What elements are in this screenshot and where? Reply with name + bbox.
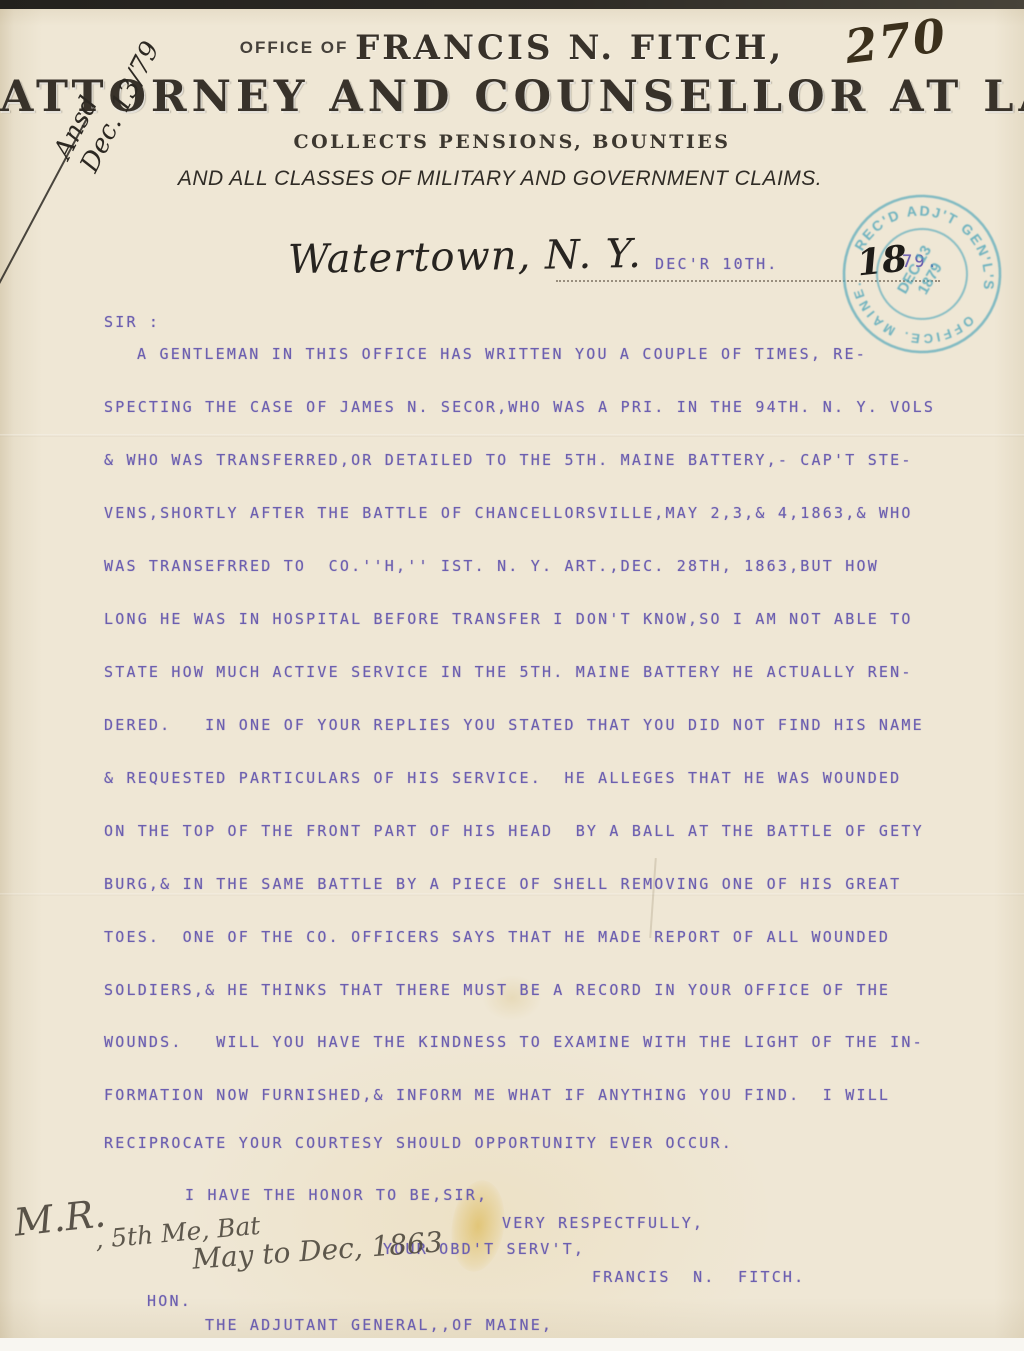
closing-honor-line: I HAVE THE HONOR TO BE,SIR, [185, 1186, 488, 1204]
letterhead-office-of: OFFICE OF [240, 38, 355, 57]
signature-typed: FRANCIS N. FITCH. [592, 1268, 805, 1286]
letterhead-name: FRANCIS N. FITCH, [355, 28, 784, 68]
body-line: FORMATION NOW FURNISHED,& INFORM ME WHAT… [104, 1086, 890, 1104]
salutation: SIR : [104, 313, 160, 331]
body-line: WAS TRANSEFRRED TO CO.''H,'' IST. N. Y. … [104, 557, 879, 575]
closing-respectfully: VERY RESPECTFULLY, [502, 1214, 704, 1232]
paper-crease [0, 893, 1024, 896]
letterhead-subtitle-1: COLLECTS PENSIONS, BOUNTIES [0, 131, 1024, 153]
body-line: DERED. IN ONE OF YOUR REPLIES YOU STATED… [104, 716, 924, 734]
closing-hon: HON. [147, 1292, 192, 1310]
body-line: A GENTLEMAN IN THIS OFFICE HAS WRITTEN Y… [137, 345, 867, 363]
body-line: TOES. ONE OF THE CO. OFFICERS SAYS THAT … [104, 928, 890, 946]
letterhead-title: ATTORNEY AND COUNSELLOR AT LAW, [0, 72, 1024, 122]
body-line: LONG HE WAS IN HOSPITAL BEFORE TRANSFER … [104, 610, 913, 628]
scan-bottom-edge [0, 1338, 1024, 1351]
paper-crease [0, 434, 1024, 437]
body-line: ON THE TOP OF THE FRONT PART OF HIS HEAD… [104, 822, 924, 840]
body-line: BURG,& IN THE SAME BATTLE BY A PIECE OF … [104, 875, 901, 893]
body-line: VENS,SHORTLY AFTER THE BATTLE OF CHANCEL… [104, 504, 913, 522]
scanned-letter-page: OFFICE OF FRANCIS N. FITCH, ATTORNEY AND… [0, 0, 1024, 1351]
closing-addressee: THE ADJUTANT GENERAL,,OF MAINE, [205, 1316, 553, 1334]
body-line: STATE HOW MUCH ACTIVE SERVICE IN THE 5TH… [104, 663, 913, 681]
body-line: SOLDIERS,& HE THINKS THAT THERE MUST BE … [104, 981, 890, 999]
body-line: SPECTING THE CASE OF JAMES N. SECOR,WHO … [104, 398, 935, 416]
body-line: & REQUESTED PARTICULARS OF HIS SERVICE. … [104, 769, 901, 787]
body-line: WOUNDS. WILL YOU HAVE THE KINDNESS TO EX… [104, 1033, 924, 1051]
body-line: & WHO WAS TRANSFERRED,OR DETAILED TO THE… [104, 451, 913, 469]
body-line: RECIPROCATE YOUR COURTESY SHOULD OPPORTU… [104, 1134, 733, 1152]
letterhead-subtitle-2: AND ALL CLASSES OF MILITARY AND GOVERNME… [0, 167, 1000, 191]
dateline-typed-date: DEC'R 10TH. [655, 255, 779, 273]
scan-top-edge [0, 0, 1024, 9]
